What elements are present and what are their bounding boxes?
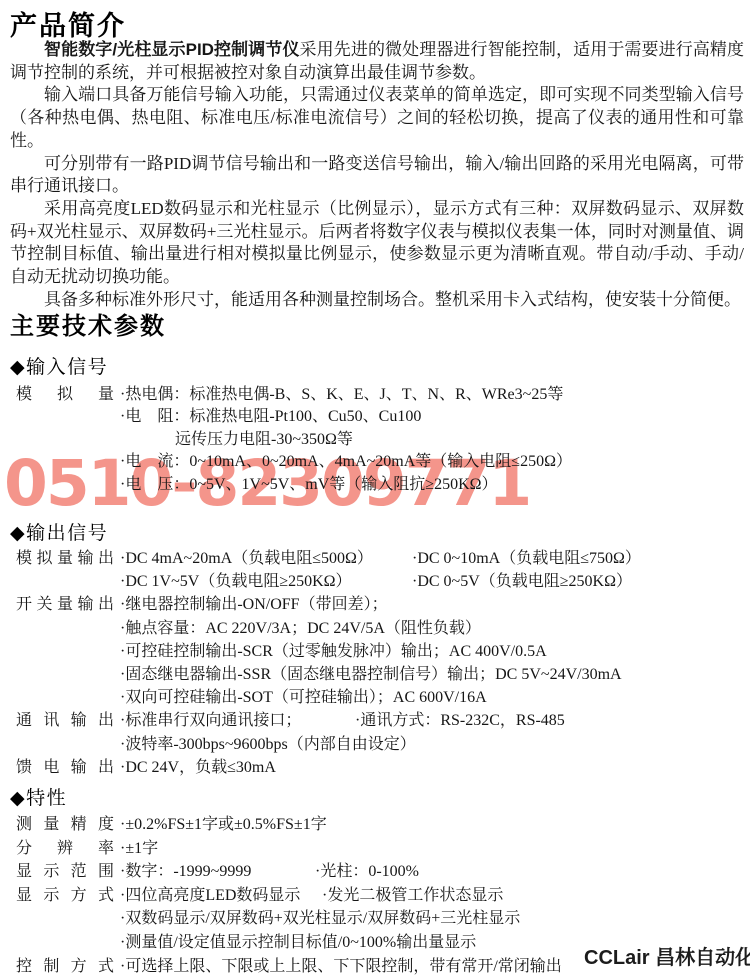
spec-label-control-mode: 控制方式 — [16, 955, 114, 979]
spec-lines-display-range: ·数字：-1999~9999·光柱：0-100% — [120, 860, 746, 884]
spec-label-analog-input: 模拟量 — [16, 384, 114, 406]
tech-params-title: 主要技术参数 — [10, 306, 166, 341]
spec-label-accuracy: 测量精度 — [16, 813, 114, 837]
spec-line-scr: ·可控硅控制输出-SCR（过零触发脉冲）输出；AC 400V/0.5A — [120, 640, 746, 663]
spec-line-baudrate: ·波特率-300bps~9600bps（内部自由设定） — [120, 733, 746, 756]
spec-line-remote-resistance: 远传压力电阻-30~350Ω等 — [120, 429, 746, 451]
spec-line-voltage: ·电 压：0~5V、1V~5V、mV等（输入阻抗≥250KΩ） — [120, 474, 746, 496]
spec-cell-comm-1b: ·通讯方式：RS-232C，RS-485 — [355, 712, 565, 729]
spec-line-resolution: ·±1字 — [120, 837, 746, 861]
spec-label-display-mode: 显示方式 — [16, 884, 114, 908]
spec-label-resolution: 分辨率 — [16, 837, 114, 861]
brand-logo: CCLair 昌林自动化 — [584, 941, 750, 970]
spec-cell-range-bar: ·光柱：0-100% — [315, 863, 419, 880]
spec-line-resistance: ·电 阻：标准热电阻-Pt100、Cu50、Cu100 — [120, 406, 746, 428]
intro-section: 智能数字/光柱显示PID控制调节仪采用先进的微处理器进行智能控制，适用于需要进行… — [10, 39, 744, 311]
spec-row-analog-output: 模拟量输出 ·DC 4mA~20mA（负载电阻≤500Ω）·DC 0~10mA（… — [10, 547, 746, 593]
spec-label-comm-output: 通讯输出 — [16, 709, 114, 732]
spec-lines-analog-output: ·DC 4mA~20mA（负载电阻≤500Ω）·DC 0~10mA（负载电阻≤7… — [120, 547, 746, 593]
input-signal-heading: ◆输入信号 — [10, 352, 108, 379]
spec-cell-analog-2a: ·DC 1V~5V（负载电阻≥250KΩ） — [120, 570, 412, 593]
spec-line-analog-1: ·DC 4mA~20mA（负载电阻≤500Ω）·DC 0~10mA（负载电阻≤7… — [120, 547, 746, 570]
spec-lines-comm-output: ·标准串行双向通讯接口；·通讯方式：RS-232C，RS-485 ·波特率-30… — [120, 709, 746, 755]
output-signal-table: 模拟量输出 ·DC 4mA~20mA（负载电阻≤500Ω）·DC 0~10mA（… — [10, 547, 746, 779]
intro-paragraph-2: 输入端口具备万能信号输入功能，只需通过仪表菜单的简单选定，即可实现不同类型输入信… — [10, 84, 744, 152]
spec-row-switch-output: 开关量输出 ·继电器控制输出-ON/OFF（带回差）； ·触点容量：AC 220… — [10, 593, 746, 709]
spec-line-accuracy: ·±0.2%FS±1字或±0.5%FS±1字 — [120, 813, 746, 837]
spec-label-switch-output: 开关量输出 — [16, 593, 114, 616]
spec-row-comm-output: 通讯输出 ·标准串行双向通讯接口；·通讯方式：RS-232C，RS-485 ·波… — [10, 709, 746, 755]
spec-line-sot: ·双向可控硅输出-SOT（可控硅输出）；AC 600V/16A — [120, 686, 746, 709]
spec-cell-analog-2b: ·DC 0~5V（负载电阻≥250KΩ） — [412, 573, 632, 590]
features-heading: ◆特性 — [10, 783, 67, 810]
spec-cell-display-diode: ·发光二极管工作状态显示 — [322, 887, 503, 904]
intro-paragraph-1: 智能数字/光柱显示PID控制调节仪采用先进的微处理器进行智能控制，适用于需要进行… — [10, 39, 744, 84]
spec-lines-analog-input: ·热电偶：标准热电偶-B、S、K、E、J、T、N、R、WRe3~25等 ·电 阻… — [120, 384, 746, 496]
spec-lines-feed-output: ·DC 24V，负载≤30mA — [120, 756, 746, 779]
document-page: 0510-82309771 产品简介 智能数字/光柱显示PID控制调节仪采用先进… — [0, 0, 750, 979]
spec-row-analog-input: 模拟量 ·热电偶：标准热电偶-B、S、K、E、J、T、N、R、WRe3~25等 … — [10, 384, 746, 496]
spec-lines-accuracy: ·±0.2%FS±1字或±0.5%FS±1字 — [120, 813, 746, 837]
spec-line-thermocouple: ·热电偶：标准热电偶-B、S、K、E、J、T、N、R、WRe3~25等 — [120, 384, 746, 406]
spec-line-contact: ·触点容量：AC 220V/3A；DC 24V/5A（阻性负载） — [120, 617, 746, 640]
intro-paragraph-4: 采用高亮度LED数码显示和光柱显示（比例显示），显示方式有三种：双屏数码显示、双… — [10, 198, 744, 289]
spec-label-display-range: 显示范围 — [16, 860, 114, 884]
spec-cell-analog-1a: ·DC 4mA~20mA（负载电阻≤500Ω） — [120, 547, 412, 570]
spec-row-feed-output: 馈电输出 ·DC 24V，负载≤30mA — [10, 756, 746, 779]
spec-line-comm-1: ·标准串行双向通讯接口；·通讯方式：RS-232C，RS-485 — [120, 709, 746, 732]
spec-line-display-2: ·双数码显示/双屏数码+双光柱显示/双屏数码+三光柱显示 — [120, 907, 746, 931]
spec-row-resolution: 分辨率 ·±1字 — [10, 837, 746, 861]
spec-cell-display-led: ·四位高亮度LED数码显示 — [120, 884, 322, 908]
spec-line-relay: ·继电器控制输出-ON/OFF（带回差）； — [120, 593, 746, 616]
spec-row-accuracy: 测量精度 ·±0.2%FS±1字或±0.5%FS±1字 — [10, 813, 746, 837]
page-title: 产品简介 — [10, 4, 126, 43]
spec-lines-resolution: ·±1字 — [120, 837, 746, 861]
spec-line-display-1: ·四位高亮度LED数码显示·发光二极管工作状态显示 — [120, 884, 746, 908]
spec-cell-comm-1a: ·标准串行双向通讯接口； — [120, 709, 355, 732]
spec-cell-range-digit: ·数字：-1999~9999 — [120, 860, 315, 884]
spec-label-feed-output: 馈电输出 — [16, 756, 114, 779]
output-signal-heading: ◆输出信号 — [10, 518, 108, 545]
spec-line-range: ·数字：-1999~9999·光柱：0-100% — [120, 860, 746, 884]
spec-cell-analog-1b: ·DC 0~10mA（负载电阻≤750Ω） — [412, 550, 641, 567]
intro-paragraph-3: 可分别带有一路PID调节信号输出和一路变送信号输出，输入/输出回路的采用光电隔离… — [10, 153, 744, 198]
spec-row-display-range: 显示范围 ·数字：-1999~9999·光柱：0-100% — [10, 860, 746, 884]
spec-lines-switch-output: ·继电器控制输出-ON/OFF（带回差）； ·触点容量：AC 220V/3A；D… — [120, 593, 746, 709]
input-signal-table: 模拟量 ·热电偶：标准热电偶-B、S、K、E、J、T、N、R、WRe3~25等 … — [10, 384, 746, 496]
product-name-bold: 智能数字/光柱显示PID控制调节仪 — [44, 40, 300, 59]
spec-label-analog-output: 模拟量输出 — [16, 547, 114, 570]
spec-line-analog-2: ·DC 1V~5V（负载电阻≥250KΩ）·DC 0~5V（负载电阻≥250KΩ… — [120, 570, 746, 593]
spec-line-feed: ·DC 24V，负载≤30mA — [120, 756, 746, 779]
spec-line-ssr: ·固态继电器输出-SSR（固态继电器控制信号）输出；DC 5V~24V/30mA — [120, 663, 746, 686]
spec-line-current: ·电 流：0~10mA、0~20mA、4mA~20mA等（输入电阻≤250Ω） — [120, 451, 746, 473]
